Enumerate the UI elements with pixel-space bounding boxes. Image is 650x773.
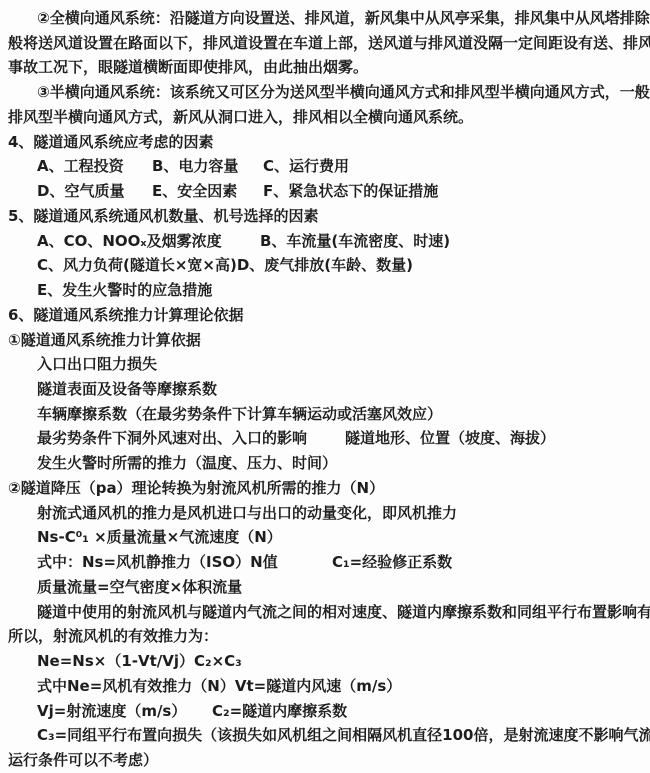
document-line: 所以，射流风机的有效推力为： bbox=[8, 624, 644, 649]
document-line: ②全横向通风系统：沿隧道方向设置送、排风道，新风集中从风亭采集，排风集中从风塔排… bbox=[8, 6, 644, 31]
text-segment: 所以，射流风机的有效推力为： bbox=[8, 624, 218, 649]
text-segment: D、空气质量 bbox=[37, 179, 152, 204]
text-segment: 车辆摩擦系数（在最劣势条件下计算车辆运动或活塞风效应） bbox=[37, 402, 442, 427]
document-page: ②全横向通风系统：沿隧道方向设置送、排风道，新风集中从风亭采集，排风集中从风塔排… bbox=[0, 0, 650, 773]
text-segment: A、工程投资 bbox=[37, 154, 152, 179]
text-segment: 隧道地形、位置（坡度、海拔） bbox=[345, 426, 555, 451]
document-line: ③半横向通风系统：该系统又可区分为送风型半横向通风方式和排风型半横向通风方式，一… bbox=[8, 80, 644, 105]
document-line: 事故工况下，眼隧道横断面即使排风，由此抽出烟雾。 bbox=[8, 55, 644, 80]
text-segment: 发生火警时所需的推力（温度、压力、时间） bbox=[37, 451, 337, 476]
text-segment: E、发生火警时的应急措施 bbox=[37, 278, 212, 303]
document-line: 车辆摩擦系数（在最劣势条件下计算车辆运动或活塞风效应） bbox=[8, 402, 644, 427]
text-segment: B、车流量(车流密度、时速) bbox=[260, 229, 450, 254]
document-line: A、CO、NOOₓ及烟雾浓度B、车流量(车流密度、时速) bbox=[8, 229, 644, 254]
document-line: 射流式通风机的推力是风机进口与出口的动量变化，即风机推力 bbox=[8, 501, 644, 526]
text-segment: C₃=同组平行布置向损失（该损失如风机组之间相隔风机直径100倍，是射流速度不影… bbox=[37, 723, 650, 748]
document-line: 6、隧道通风系统推力计算理论依据 bbox=[8, 303, 644, 328]
document-line: 式中：Ns=风机静推力（ISO）N值C₁=经验修正系数 bbox=[8, 550, 644, 575]
document-line: 入口出口阻力损失 bbox=[8, 352, 644, 377]
text-segment: F、紧急状态下的保证措施 bbox=[263, 179, 438, 204]
document-line: Ns-C⁰₁ ×质量流量×气流速度（N） bbox=[8, 525, 644, 550]
document-line: 隧道表面及设备等摩擦系数 bbox=[8, 377, 644, 402]
text-segment: ②全横向通风系统：沿隧道方向设置送、排风道，新风集中从风亭采集，排风集中从风塔排… bbox=[37, 6, 650, 31]
text-segment: 排风型半横向通风方式，新风从洞口进入，排风相以全横向通风系统。 bbox=[8, 105, 473, 130]
text-segment: 射流式通风机的推力是风机进口与出口的动量变化，即风机推力 bbox=[37, 501, 457, 526]
text-segment: ③半横向通风系统：该系统又可区分为送风型半横向通风方式和排风型半横向通风方式，一… bbox=[37, 80, 650, 105]
document-line: 运行条件可以不考虑） bbox=[8, 748, 644, 773]
document-line: C、风力负荷(隧道长×宽×高)D、废气排放(车龄、数量) bbox=[8, 253, 644, 278]
text-segment: 隧道表面及设备等摩擦系数 bbox=[37, 377, 217, 402]
document-line: 式中Ne=风机有效推力（N）Vt=隧道内风速（m/s） bbox=[8, 674, 644, 699]
document-line: ①隧道通风系统推力计算依据 bbox=[8, 328, 644, 353]
text-segment: Vj=射流速度（m/s） bbox=[37, 699, 212, 724]
text-segment: C₂=隧道内摩擦系数 bbox=[212, 699, 347, 724]
text-segment: C、运行费用 bbox=[263, 154, 349, 179]
text-segment: C₁=经验修正系数 bbox=[332, 550, 452, 575]
text-segment: ②隧道降压（pa）理论转换为射流风机所需的推力（N） bbox=[8, 476, 384, 501]
document-line: 5、隧道通风系统通风机数量、机号选择的因素 bbox=[8, 204, 644, 229]
document-line: 质量流量=空气密度×体积流量 bbox=[8, 575, 644, 600]
text-segment: 5、隧道通风系统通风机数量、机号选择的因素 bbox=[8, 204, 318, 229]
text-segment: 入口出口阻力损失 bbox=[37, 352, 157, 377]
text-segment: ①隧道通风系统推力计算依据 bbox=[8, 328, 201, 353]
text-segment: 隧道中使用的射流风机与隧道内气流之间的相对速度、隧道内摩擦系数和同组平行布置影响… bbox=[37, 600, 650, 625]
text-segment: Ns-C⁰₁ ×质量流量×气流速度（N） bbox=[37, 525, 282, 550]
text-segment: 最劣势条件下洞外风速对出、入口的影响 bbox=[37, 426, 345, 451]
document-line: 隧道中使用的射流风机与隧道内气流之间的相对速度、隧道内摩擦系数和同组平行布置影响… bbox=[8, 600, 644, 625]
text-segment: Vt=隧道内风速（m/s） bbox=[235, 674, 401, 699]
document-line: 般将送风道设置在路面以下，排风道设置在车道上部，送风道与排风道没隔一定间距设有送… bbox=[8, 31, 644, 56]
text-segment: 质量流量=空气密度×体积流量 bbox=[37, 575, 242, 600]
text-segment: 式中Ne=风机有效推力（N） bbox=[37, 674, 235, 699]
document-line: E、发生火警时的应急措施 bbox=[8, 278, 644, 303]
document-line: 发生火警时所需的推力（温度、压力、时间） bbox=[8, 451, 644, 476]
text-segment: Ne=Ns×（1-Vt/Vj）C₂×C₃ bbox=[37, 649, 242, 674]
document-line: C₃=同组平行布置向损失（该损失如风机组之间相隔风机直径100倍，是射流速度不影… bbox=[8, 723, 644, 748]
document-line: 4、隧道通风系统应考虑的因素 bbox=[8, 130, 644, 155]
text-segment: 式中：Ns=风机静推力（ISO）N值 bbox=[37, 550, 332, 575]
text-segment: B、电力容量 bbox=[152, 154, 263, 179]
text-segment: 运行条件可以不考虑） bbox=[8, 748, 158, 773]
text-segment: C、风力负荷(隧道长×宽×高) bbox=[37, 253, 237, 278]
document-line: A、工程投资B、电力容量C、运行费用 bbox=[8, 154, 644, 179]
text-segment: A、CO、NOOₓ及烟雾浓度 bbox=[37, 229, 260, 254]
text-segment: E、安全因素 bbox=[152, 179, 263, 204]
text-segment: 4、隧道通风系统应考虑的因素 bbox=[8, 130, 213, 155]
document-line: ②隧道降压（pa）理论转换为射流风机所需的推力（N） bbox=[8, 476, 644, 501]
document-line: Ne=Ns×（1-Vt/Vj）C₂×C₃ bbox=[8, 649, 644, 674]
text-segment: 6、隧道通风系统推力计算理论依据 bbox=[8, 303, 243, 328]
document-line: 排风型半横向通风方式，新风从洞口进入，排风相以全横向通风系统。 bbox=[8, 105, 644, 130]
text-segment: 般将送风道设置在路面以下，排风道设置在车道上部，送风道与排风道没隔一定间距设有送… bbox=[8, 31, 650, 56]
document-line: Vj=射流速度（m/s）C₂=隧道内摩擦系数 bbox=[8, 699, 644, 724]
text-segment: D、废气排放(车龄、数量) bbox=[237, 253, 413, 278]
document-line: 最劣势条件下洞外风速对出、入口的影响隧道地形、位置（坡度、海拔） bbox=[8, 426, 644, 451]
text-segment: 事故工况下，眼隧道横断面即使排风，由此抽出烟雾。 bbox=[8, 55, 368, 80]
document-line: D、空气质量E、安全因素F、紧急状态下的保证措施 bbox=[8, 179, 644, 204]
